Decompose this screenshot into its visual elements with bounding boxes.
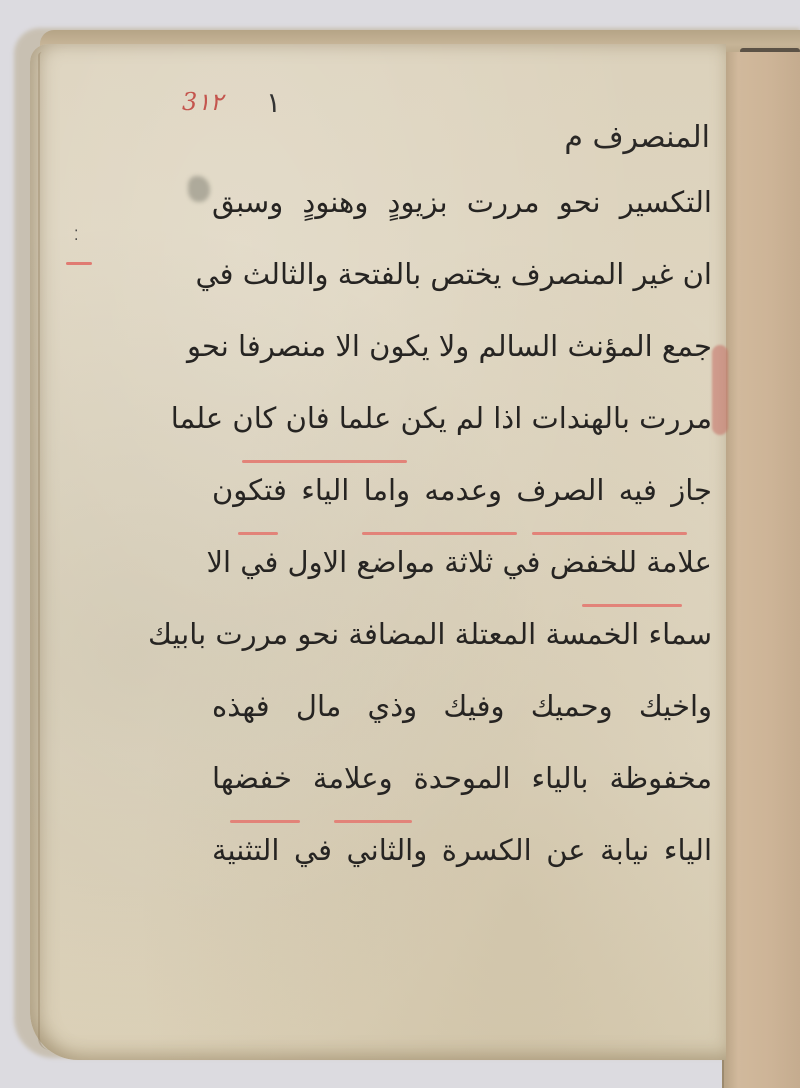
line-text: ان غير المنصرف يختص بالفتحة والثالث في: [195, 257, 712, 291]
rubric-overline: [230, 820, 300, 823]
folio-number-red: 3١٢: [182, 88, 223, 116]
folio-number-black: ١: [266, 86, 281, 119]
text-line: مخفوظة بالياء الموحدة وعلامة خفضها: [212, 742, 712, 814]
text-line: جاز فيه الصرف وعدمه واما الياء فتكون: [212, 454, 712, 526]
rubric-overline: [362, 532, 517, 535]
rubric-overline: [582, 604, 682, 607]
heading: المنصرف م: [212, 118, 710, 158]
text-line: سماء الخمسة المعتلة المضافة نحو مررت باب…: [212, 598, 712, 670]
text-line: واخيك وحميك وفيك وذي مال فهذه: [212, 670, 712, 742]
text-line: الياء نيابة عن الكسرة والثاني في التثنية: [212, 814, 712, 886]
rubric-overline: [532, 532, 687, 535]
text-line: التكسير نحو مررت بزيودٍ وهنودٍ وسبق: [212, 166, 712, 238]
line-text: مررت بالهندات اذا لم يكن علما فان كان عل…: [171, 401, 712, 435]
line-text: مخفوظة بالياء الموحدة وعلامة خفضها: [212, 761, 712, 795]
line-text: جاز فيه الصرف وعدمه واما الياء فتكون: [212, 473, 712, 507]
line-text: التكسير نحو مررت بزيودٍ وهنودٍ وسبق: [212, 185, 712, 219]
line-text: جمع المؤنث السالم ولا يكون الا منصرفا نح…: [187, 329, 712, 363]
line-text: علامة للخفض في ثلاثة مواضع الاول في الا: [206, 545, 712, 579]
rubric-overline: [334, 820, 412, 823]
line-text: الياء نيابة عن الكسرة والثاني في التثنية: [212, 833, 712, 867]
facing-page: [722, 52, 800, 1088]
rubric-overline: [238, 532, 278, 535]
ink-smudge: [188, 176, 210, 202]
text-line: علامة للخفض في ثلاثة مواضع الاول في الا: [212, 526, 712, 598]
text-block: المنصرف م التكسير نحو مررت بزيودٍ وهنودٍ…: [212, 118, 712, 886]
red-stain: [712, 345, 728, 435]
line-text: سماء الخمسة المعتلة المضافة نحو مررت باب…: [148, 617, 712, 651]
margin-red-mark: [66, 262, 92, 265]
text-line: ان غير المنصرف يختص بالفتحة والثالث في: [212, 238, 712, 310]
text-line: مررت بالهندات اذا لم يكن علما فان كان عل…: [212, 382, 712, 454]
text-line: جمع المؤنث السالم ولا يكون الا منصرفا نح…: [212, 310, 712, 382]
line-text: واخيك وحميك وفيك وذي مال فهذه: [212, 689, 712, 723]
margin-mark: ⁚: [74, 232, 78, 240]
rubric-overline: [242, 460, 407, 463]
